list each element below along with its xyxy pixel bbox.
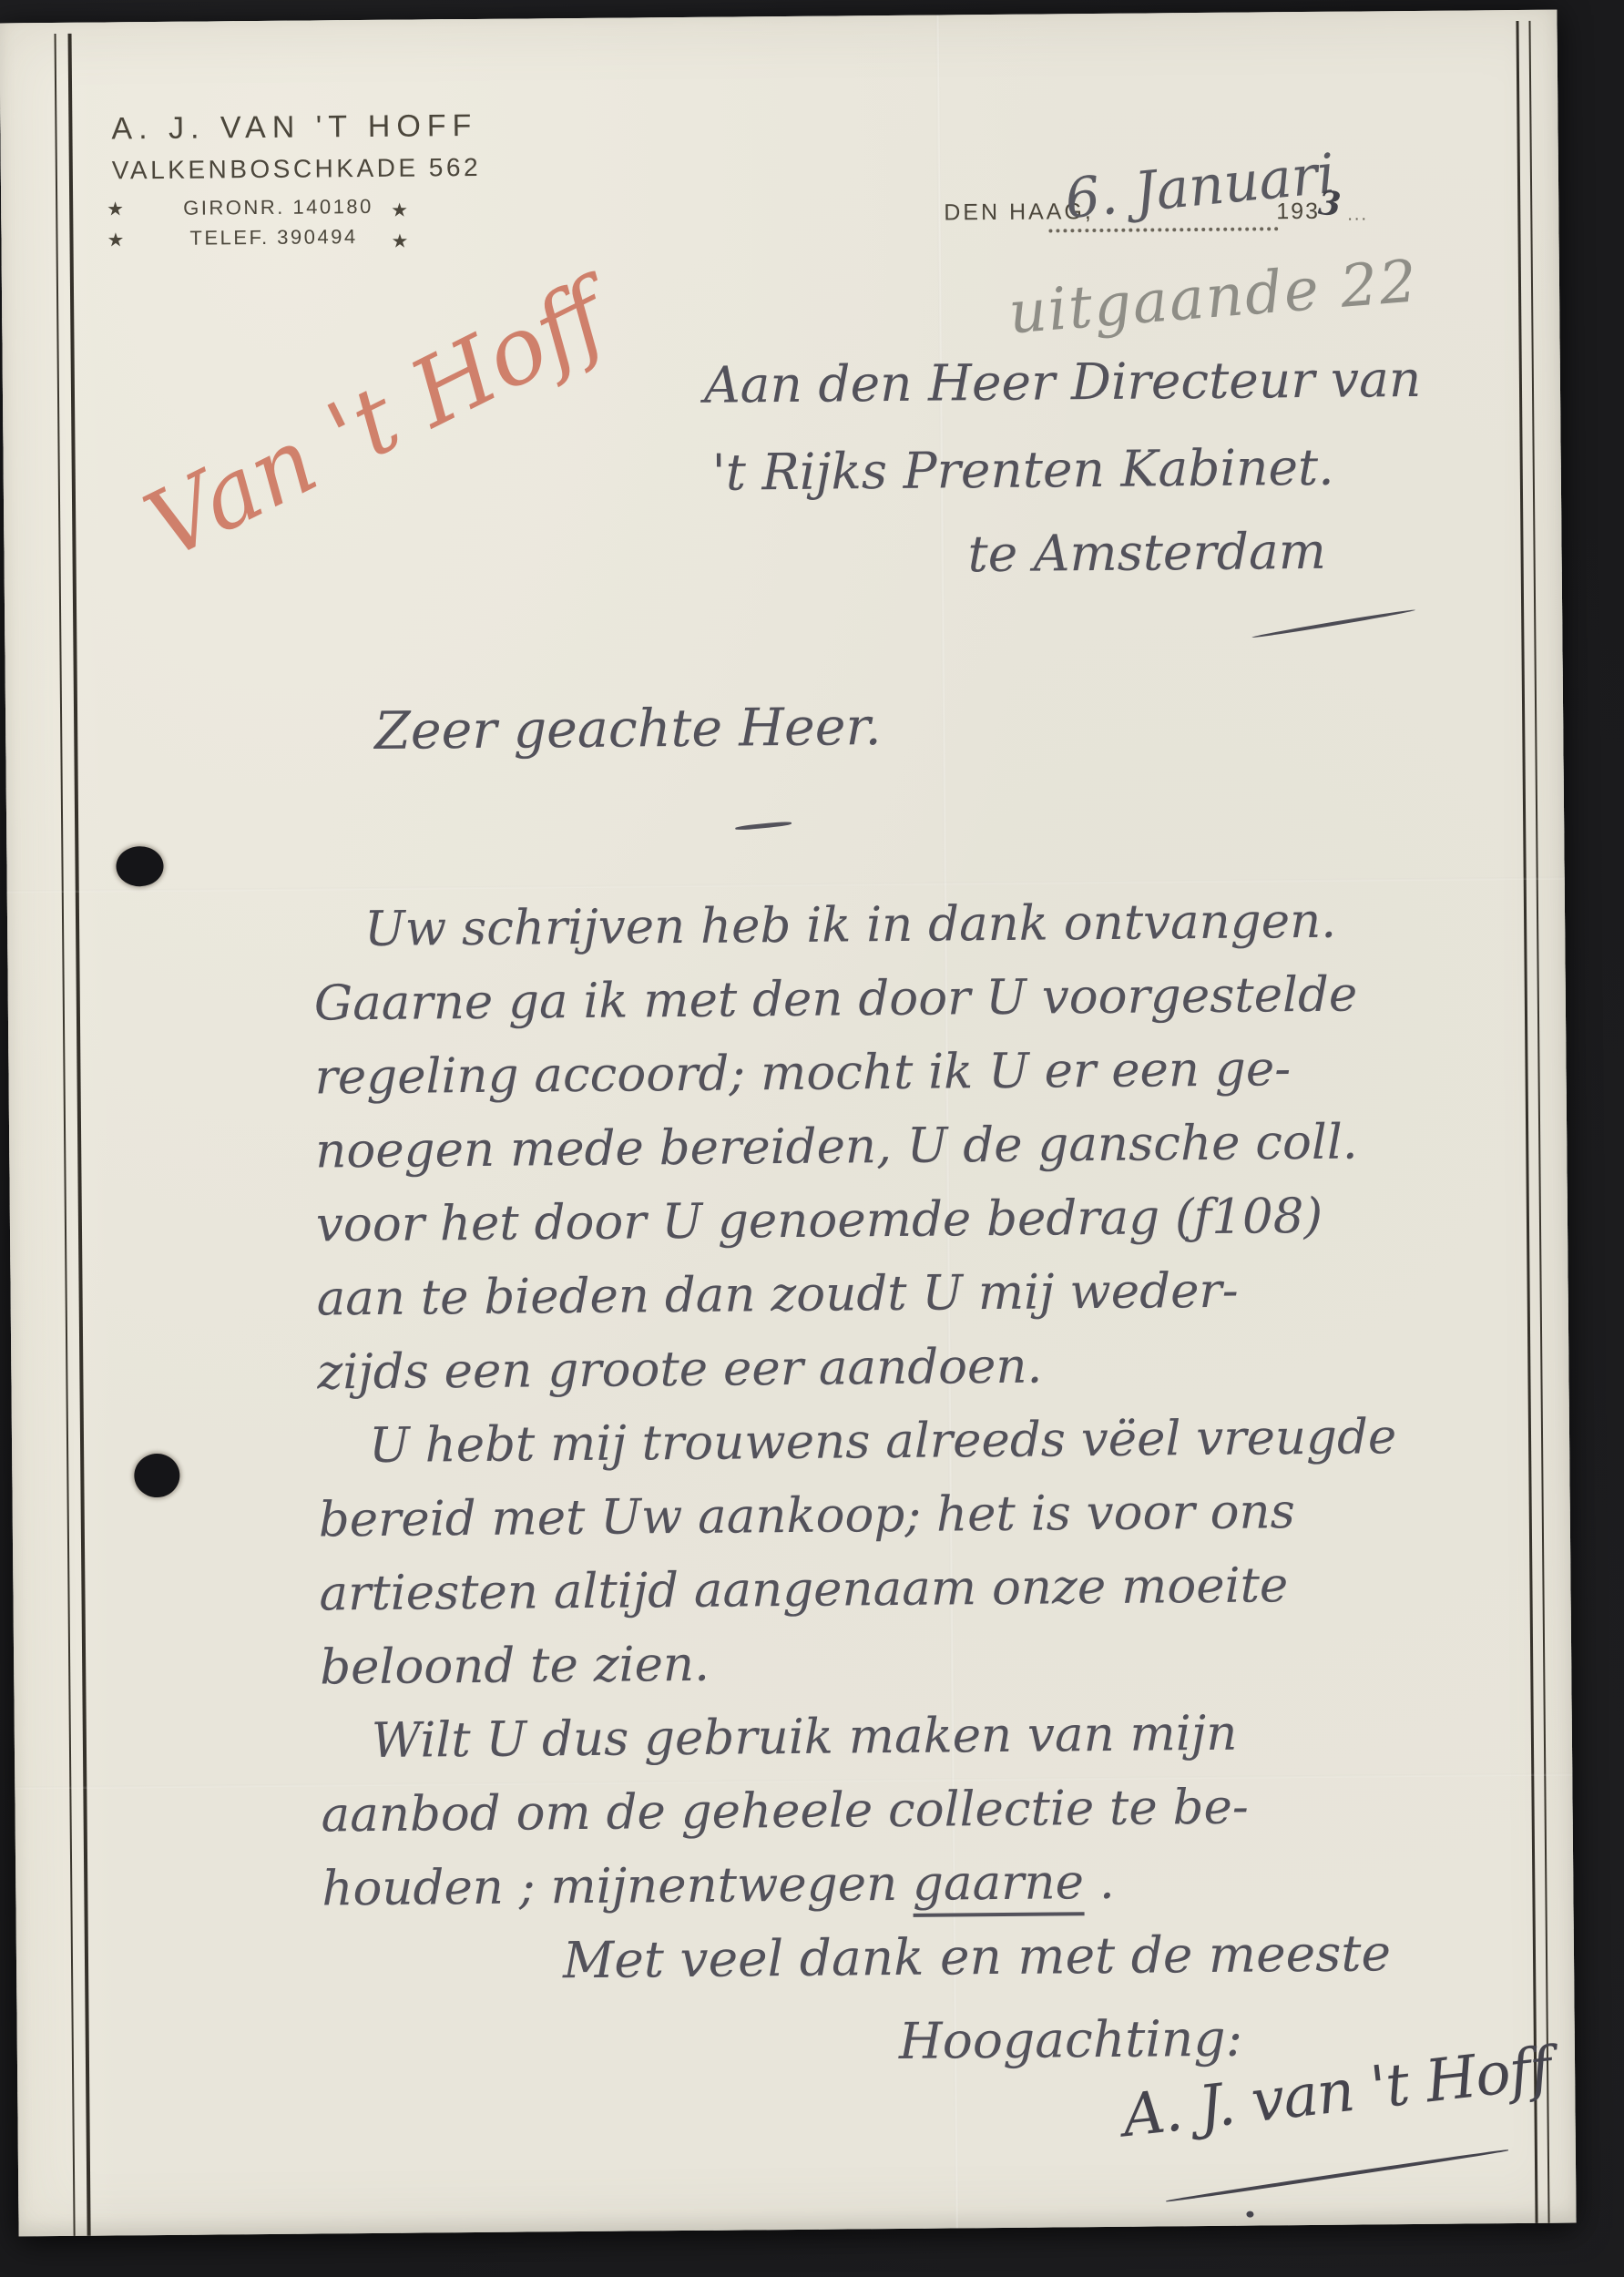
- body-line: Gaarne ga ik met den door U voorgestelde: [314, 967, 1358, 1032]
- letterhead-name: A. J. VAN 'T HOFF: [111, 108, 477, 148]
- body-line: U hebt mij trouwens alreeds vëel vreugde: [369, 1409, 1397, 1474]
- salutation-dash: [735, 821, 792, 831]
- underlined-word: gaarne: [913, 1854, 1085, 1917]
- recipient-underline-flourish: [1251, 608, 1415, 639]
- dateline-printed-year: 193: [1276, 199, 1320, 225]
- letter-paper: A. J. VAN 'T HOFF VALKENBOSCHKADE 562 GI…: [0, 10, 1577, 2237]
- recipient-line: Aan den Heer Directeur van: [704, 350, 1422, 414]
- dateline-trailing-dots: ...: [1347, 204, 1368, 225]
- punch-hole-bottom: [134, 1454, 179, 1497]
- body-lines: Uw schrijven heb ik in dank ontvangen.Ga…: [0, 10, 1557, 24]
- body-line: Wilt U dus gebruik maken van mijn: [372, 1706, 1238, 1769]
- body-line: artiesten altijd aangenaam onze moeite: [319, 1557, 1288, 1621]
- star-icon: ★: [107, 229, 124, 251]
- border-line-right-inner: [1516, 21, 1537, 2223]
- body-line: regeling accoord; mocht ik U er een ge-: [314, 1041, 1291, 1105]
- letterhead-giro: GIRONR. 140180: [183, 195, 373, 220]
- pencil-register-note: uitgaande 22: [1006, 248, 1421, 347]
- signature-dot: [1246, 2211, 1253, 2218]
- body-line: voor het door U genoemde bedrag (ƒ108): [316, 1189, 1323, 1253]
- handwritten-year-digit: 3: [1317, 184, 1343, 223]
- body-line: noegen mede bereiden, U de gansche coll.: [315, 1115, 1358, 1179]
- recipient-line: te Amsterdam: [967, 522, 1326, 583]
- body-line: zijds een groote eer aandoen.: [317, 1339, 1043, 1401]
- fold-crease-horizontal-1: [7, 877, 1565, 893]
- scan-background: { "letterhead": { "name": "A. J. VAN 'T …: [0, 0, 1624, 2277]
- body-line: houden ; mijnentwegen gaarne .: [322, 1854, 1115, 1917]
- recipient-line: 't Rijks Prenten Kabinet.: [711, 438, 1333, 502]
- body-line: aanbod om de geheele collectie te be-: [321, 1780, 1249, 1843]
- closing-regards: Hoogachting:: [899, 2009, 1243, 2070]
- signature-underline: [1166, 2149, 1508, 2203]
- body-line: bereid met Uw aankoop; het is voor ons: [319, 1484, 1296, 1547]
- letterhead-address: VALKENBOSCHKADE 562: [112, 153, 481, 186]
- star-icon: ★: [107, 198, 124, 220]
- body-line: Uw schrijven heb ik in dank ontvangen.: [364, 893, 1336, 957]
- punch-hole-top: [116, 846, 163, 886]
- body-line: beloond te zien.: [320, 1637, 710, 1696]
- body-line: aan te bieden dan zoudt U mij weder-: [316, 1263, 1239, 1327]
- salutation: Zeer geachte Heer.: [374, 697, 882, 761]
- closing-thanks: Met veel dank en met de meeste: [563, 1924, 1392, 1989]
